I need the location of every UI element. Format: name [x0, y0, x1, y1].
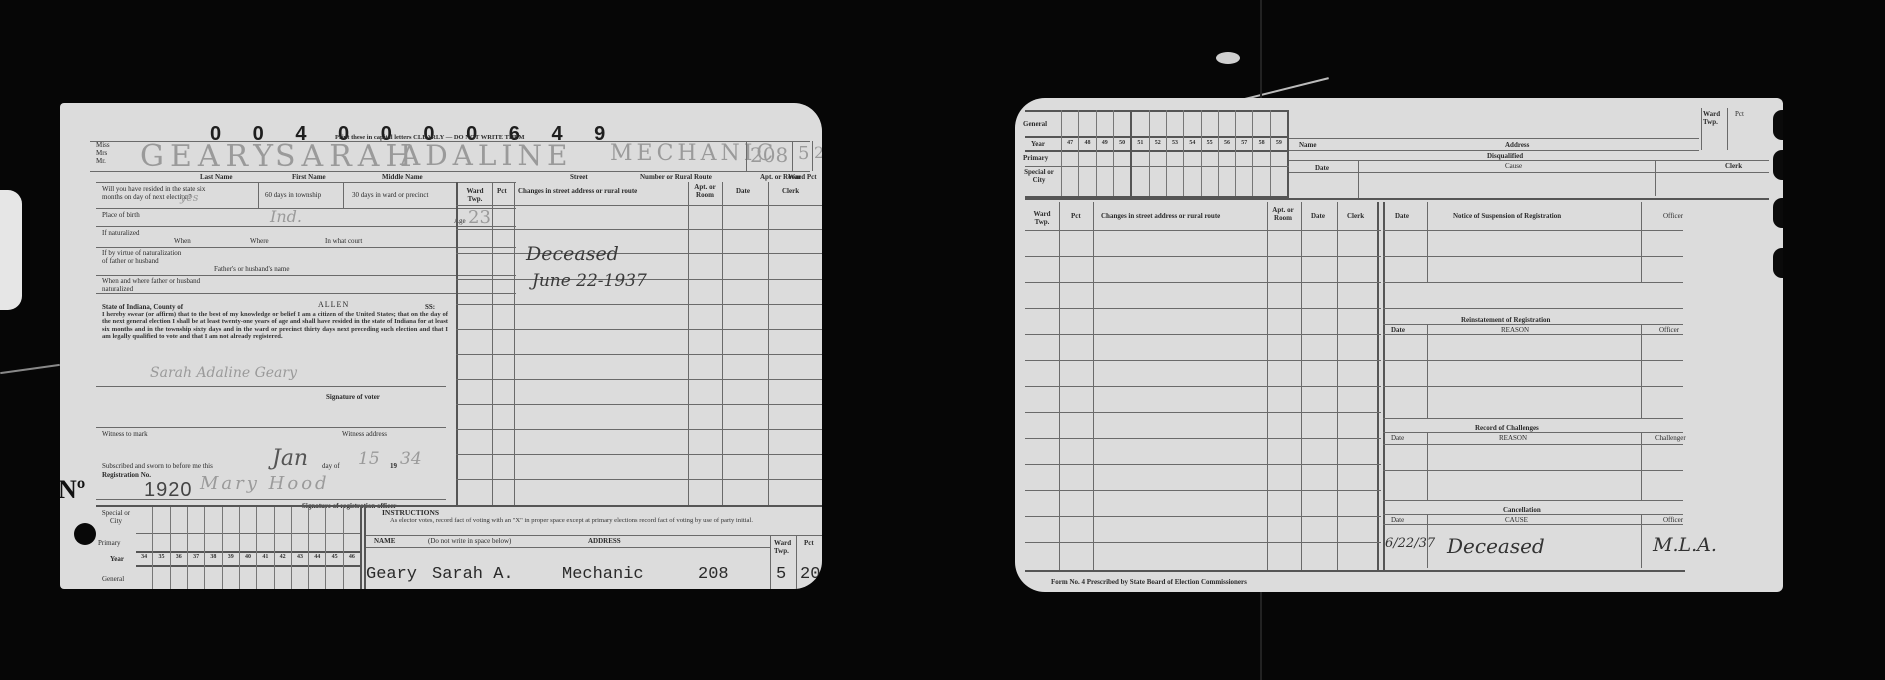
year-cell: 39: [223, 507, 240, 589]
year-cell: 52: [1149, 110, 1166, 196]
back-disq-date-label: Date: [1315, 164, 1329, 172]
year-cell: 55: [1201, 110, 1218, 196]
year-cell: 53: [1166, 110, 1183, 196]
pct-number: 20: [814, 143, 822, 162]
back-disqualified-label: Disqualified: [1487, 152, 1523, 160]
grid-row-primary: Primary: [98, 539, 121, 547]
caption-last-name: Last Name: [200, 173, 232, 181]
registration-card-front: 0 0 4 0 0 0 0 6 4 9 Print these in capit…: [60, 103, 822, 589]
oath-ss: SS:: [425, 303, 435, 311]
typed-street: Mechanic: [562, 565, 644, 584]
back-col-clerk: Clerk: [1347, 212, 1364, 220]
registration-card-back: General Year Primary Special or City 47 …: [1015, 98, 1783, 592]
front-col-clerk: Clerk: [782, 187, 799, 195]
change-entry-date: June 22-1937: [532, 271, 647, 291]
back-pct-label: Pct: [1735, 110, 1744, 118]
year-cell: 48: [1078, 110, 1095, 196]
reinstatement-col-officer: Officer: [1659, 326, 1679, 334]
oath-heading: State of Indiana, County of: [102, 303, 183, 311]
naturalized-when: When: [174, 237, 191, 245]
front-col-pct: Pct: [497, 187, 507, 195]
strip-ward-label: Ward Twp.: [774, 539, 794, 555]
punch-hole: [1773, 198, 1783, 228]
voter-signature-label: Signature of voter: [326, 393, 380, 401]
front-year-cells: 34 35 36 37 38 39 40 41 42 43 44 45 46: [136, 507, 362, 589]
street-number: 208: [750, 143, 788, 167]
caption-number: Number or Rural Route: [640, 173, 712, 181]
subscribed-label: Subscribed and sworn to before me this: [102, 462, 213, 470]
year-cell: 59: [1270, 110, 1287, 196]
naturalized-where: Where: [250, 237, 269, 245]
reinstatement-col-date: Date: [1391, 326, 1405, 334]
back-address-label: Address: [1505, 141, 1529, 149]
reinstatement-title: Reinstatement of Registration: [1461, 316, 1550, 324]
grid-row-special: Special or City: [96, 509, 136, 525]
grid-row-year: Year: [110, 555, 124, 563]
year-cell: 34: [136, 507, 153, 589]
change-entry-deceased: Deceased: [526, 243, 619, 265]
last-name: GEARY: [140, 139, 279, 174]
year-cell: 56: [1218, 110, 1235, 196]
salutation-mr: Mr.: [96, 157, 106, 165]
year-cell: 49: [1096, 110, 1113, 196]
cancellation-col-date: Date: [1391, 516, 1404, 524]
witness-address-label: Witness address: [342, 430, 387, 438]
back-col-pct: Pct: [1071, 212, 1081, 220]
caption-middle-name: Middle Name: [382, 173, 423, 181]
challenges-col-reason: REASON: [1499, 434, 1527, 442]
cancellation-cause: Deceased: [1447, 534, 1545, 558]
father-name-label: Father's or husband's name: [214, 265, 289, 273]
back-grid-row-year: Year: [1031, 140, 1045, 148]
subscribed-day: Jan: [272, 446, 308, 471]
form-footer: Form No. 4 Prescribed by State Board of …: [1051, 578, 1247, 586]
back-col-changes: Changes in street address or rural route: [1101, 212, 1220, 220]
typed-first-name: Sarah A.: [432, 565, 514, 584]
typed-pct: 20: [800, 565, 820, 584]
year-cell: 37: [188, 507, 205, 589]
instructions-address-label: ADDRESS: [588, 537, 621, 545]
front-col-date: Date: [736, 187, 750, 195]
punch-hole: [1773, 248, 1783, 278]
instructions-text: As elector votes, record fact of voting …: [390, 517, 810, 524]
typed-number: 208: [698, 565, 729, 584]
back-col-date: Date: [1311, 212, 1325, 220]
back-name-label: Name: [1299, 141, 1317, 149]
typed-ward: 5: [776, 565, 786, 584]
back-cause-label: Cause: [1505, 162, 1522, 170]
naturalized-label: If naturalized: [102, 229, 142, 237]
year-cell: 57: [1235, 110, 1252, 196]
year-cell: 38: [205, 507, 222, 589]
film-artifact-left: [0, 190, 22, 310]
caption-ward-pct: Ward Pct: [788, 173, 817, 181]
grid-row-general: General: [102, 575, 124, 583]
oath-text: I hereby swear (or affirm) that to the b…: [102, 311, 448, 341]
challenges-col-challenger: Challenger: [1655, 434, 1686, 442]
film-streak: [0, 364, 60, 374]
ward-number: 5: [798, 143, 809, 164]
registration-no-label: Registration No.: [102, 471, 151, 479]
cancellation-date: 6/22/37: [1385, 536, 1435, 551]
residency-question-township: 60 days in township: [265, 191, 325, 199]
year-cell: 44: [309, 507, 326, 589]
back-col-apt: Apt. or Room: [1268, 206, 1298, 222]
year-cell: 40: [240, 507, 257, 589]
caption-first-name: First Name: [292, 173, 326, 181]
back-ward-label: Ward Twp.: [1703, 110, 1725, 126]
subscribed-date: 15: [358, 449, 380, 469]
strip-pct-label: Pct: [804, 539, 814, 547]
year-cell: 41: [257, 507, 274, 589]
suspension-col-notice: Notice of Suspension of Registration: [1453, 212, 1561, 220]
film-speck: [1216, 52, 1240, 64]
front-col-apt: Apt. or Room: [690, 183, 720, 199]
no-mark: Nº: [60, 475, 85, 505]
back-clerk-label: Clerk: [1725, 162, 1742, 170]
year-cell: 50: [1113, 110, 1130, 196]
subscribed-year-prefix: 19: [390, 462, 397, 470]
officer-signature: Mary Hood: [200, 473, 330, 494]
father-naturalization-label: If by virtue of naturalization of father…: [102, 249, 182, 265]
residency-answer: yes: [180, 191, 198, 204]
punch-hole: [74, 523, 96, 545]
year-cell: 51: [1130, 110, 1148, 196]
residency-question-ward: 30 days in ward or precinct: [352, 191, 432, 199]
back-grid-row-primary: Primary: [1023, 154, 1048, 162]
front-col-ward: Ward Twp.: [460, 187, 490, 203]
year-cell: 43: [292, 507, 309, 589]
cancellation-col-cause: CAUSE: [1505, 516, 1528, 524]
reinstatement-col-reason: REASON: [1501, 326, 1529, 334]
caption-street: Street: [570, 173, 588, 181]
cancellation-officer: M.L.A.: [1653, 534, 1717, 556]
front-col-changes: Changes in street address or rural route: [518, 187, 637, 195]
subscribed-year: 34: [400, 449, 422, 469]
typed-last-name: Geary: [366, 565, 417, 584]
year-cell: 42: [275, 507, 292, 589]
instructions-name-label: NAME: [374, 537, 395, 545]
birth-place: Ind.: [270, 207, 302, 226]
salutation-miss: Miss: [96, 141, 110, 149]
year-cell: 47: [1061, 110, 1078, 196]
instructions-heading: INSTRUCTIONS: [382, 509, 439, 517]
salutation-mrs: Mrs: [96, 149, 107, 157]
subscribed-day-of: day of: [322, 462, 340, 470]
punch-hole: [1773, 150, 1783, 180]
year-cell: 45: [326, 507, 343, 589]
back-year-cells: 47 48 49 50 51 52 53 54 55 56 57 58 59: [1061, 110, 1287, 196]
birth-label: Place of birth: [102, 211, 142, 219]
naturalized-court: In what court: [325, 237, 362, 245]
back-col-ward: Ward Twp.: [1027, 210, 1057, 226]
cancellation-col-officer: Officer: [1663, 516, 1683, 524]
suspension-col-date: Date: [1395, 212, 1409, 220]
suspension-col-officer: Officer: [1663, 212, 1683, 220]
witness-mark-label: Witness to mark: [102, 430, 148, 438]
voter-signature: Sarah Adaline Geary: [150, 365, 297, 381]
oath-county: ALLEN: [318, 301, 349, 309]
father-when-where-label: When and where father or husband natural…: [102, 277, 202, 293]
instructions-note: (Do not write in space below): [428, 537, 511, 545]
punch-hole: [1773, 110, 1783, 140]
middle-name: ADALINE: [400, 139, 572, 172]
year-cell: 46: [344, 507, 362, 589]
challenges-col-date: Date: [1391, 434, 1404, 442]
year-cell: 58: [1252, 110, 1269, 196]
back-grid-row-special: Special or City: [1021, 168, 1057, 184]
year-cell: 35: [153, 507, 170, 589]
first-name: SARAH: [275, 139, 418, 174]
age-value: 23: [468, 207, 491, 228]
cancellation-title: Cancellation: [1503, 506, 1541, 514]
year-cell: 54: [1183, 110, 1200, 196]
back-grid-row-general: General: [1023, 120, 1047, 128]
challenges-title: Record of Challenges: [1475, 424, 1539, 432]
year-cell: 36: [171, 507, 188, 589]
